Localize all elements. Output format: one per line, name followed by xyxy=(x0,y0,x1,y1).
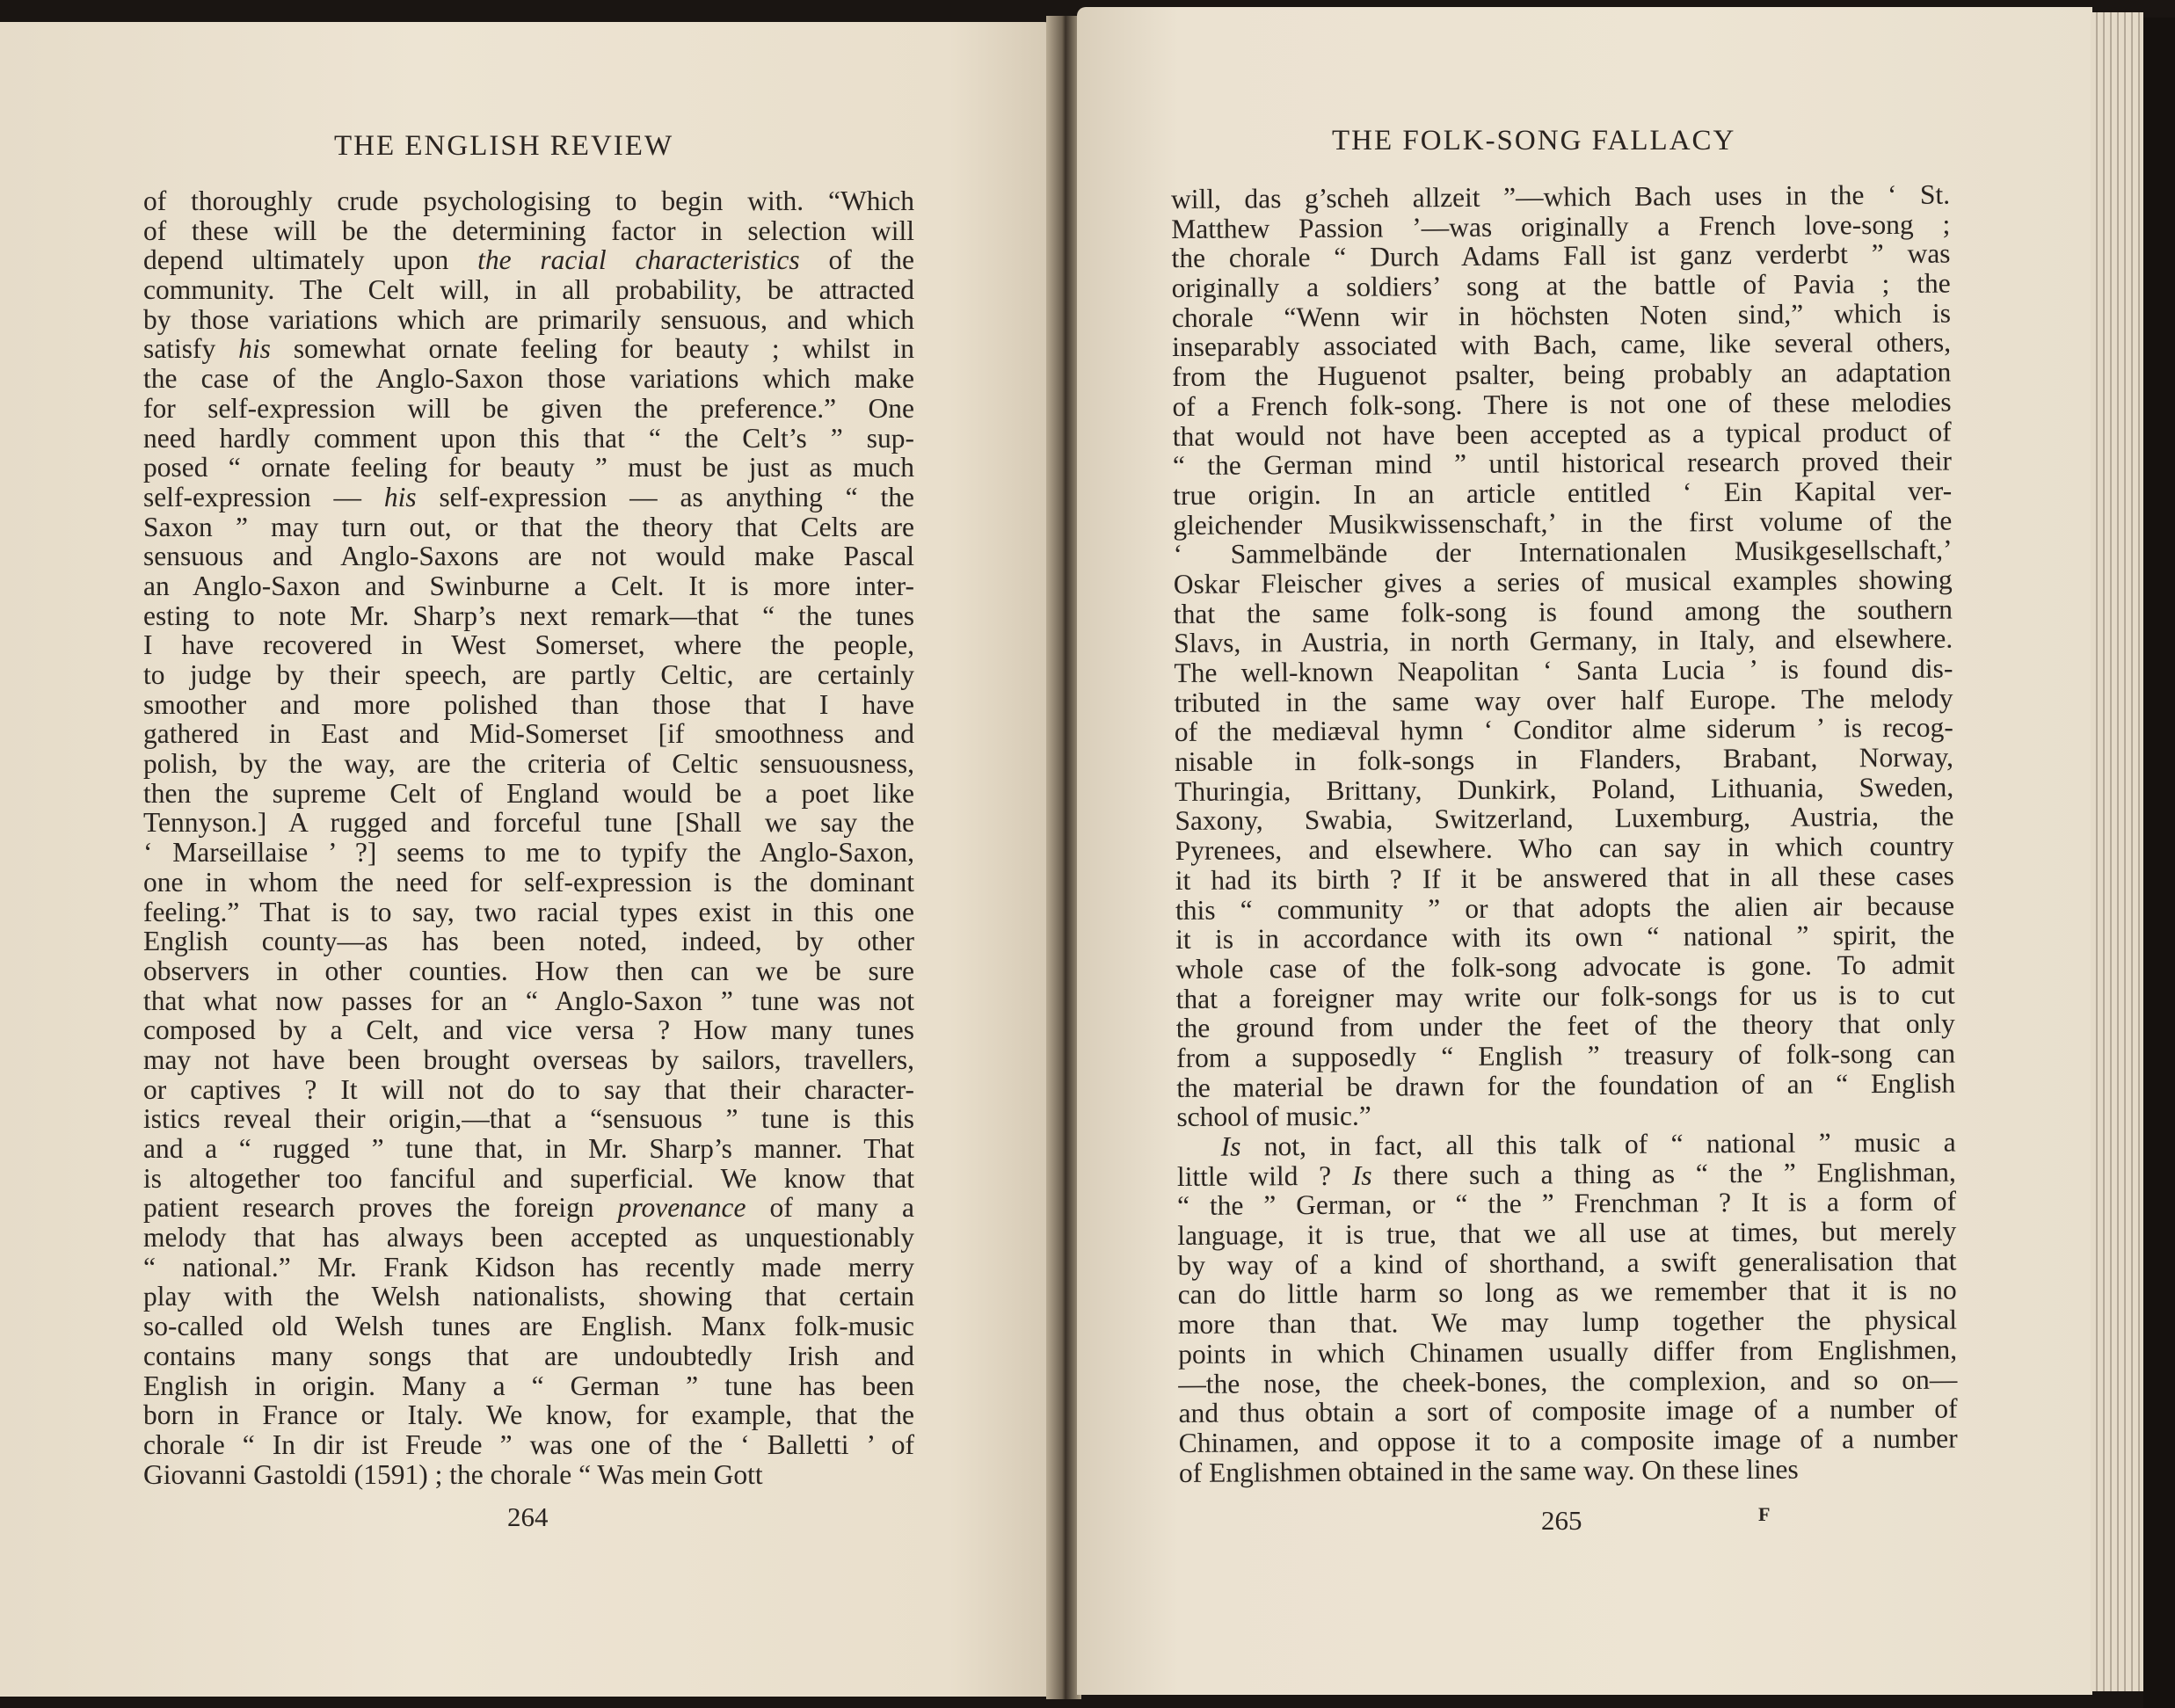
text-line: play with the Welsh nationalists, showin… xyxy=(143,1282,914,1312)
text-line: of thoroughly crude psychologising to be… xyxy=(143,186,914,216)
text-line: esting to note Mr. Sharp’s next remark—t… xyxy=(143,601,914,631)
text-line: patient research proves the foreign prov… xyxy=(143,1193,914,1223)
text-line: istics reveal their origin,—that a “sens… xyxy=(143,1104,914,1134)
text-line: smoother and more polished than those th… xyxy=(143,690,914,720)
text-line: born in France or Italy. We know, for ex… xyxy=(143,1400,914,1430)
text-line: “ national.” Mr. Frank Kidson has recent… xyxy=(143,1253,914,1283)
open-book-spread: THE ENGLISH REVIEW of thoroughly crude p… xyxy=(0,0,2175,1708)
text-line: of Englishmen obtained in the same way. … xyxy=(1179,1453,1958,1487)
text-line: chorale “ In dir ist Freude ” was one of… xyxy=(143,1430,914,1460)
text-line: self-expression — his self-expression — … xyxy=(143,483,914,512)
text-line: satisfy his somewhat ornate feeling for … xyxy=(143,334,914,364)
text-line: English in origin. Many a “ German ” tun… xyxy=(143,1371,914,1401)
text-line: I have recovered in West Somerset, where… xyxy=(143,630,914,660)
text-line: depend ultimately upon the racial charac… xyxy=(143,245,914,275)
page-edges xyxy=(2091,12,2143,1691)
text-line: need hardly comment upon this that “ the… xyxy=(143,424,914,454)
text-line: of these will be the determining factor … xyxy=(143,216,914,246)
text-line: to judge by their speech, are partly Cel… xyxy=(143,660,914,690)
text-line: contains many songs that are undoubtedly… xyxy=(143,1341,914,1371)
text-line: gathered in East and Mid-Somerset [if sm… xyxy=(143,719,914,749)
text-line: Giovanni Gastoldi (1591) ; the chorale “… xyxy=(143,1460,914,1490)
text-line: is altogether too fanciful and superfici… xyxy=(143,1164,914,1194)
right-running-head: THE FOLK-SONG FALLACY xyxy=(1332,125,1735,157)
text-line: ‘ Marseillaise ’ ?] seems to me to typif… xyxy=(143,838,914,868)
text-line: or captives ? It will not do to say that… xyxy=(143,1075,914,1105)
text-line: the material be drawn for the foundation… xyxy=(1176,1068,1955,1102)
text-line: one in whom the need for self-expression… xyxy=(143,868,914,898)
text-line: sensuous and Anglo-Saxons are not would … xyxy=(143,541,914,571)
left-running-head: THE ENGLISH REVIEW xyxy=(334,130,673,163)
text-line: then the supreme Celt of England would b… xyxy=(143,779,914,809)
text-line: Tennyson.] A rugged and forceful tune [S… xyxy=(143,808,914,838)
text-line: English county—as has been noted, indeed… xyxy=(143,927,914,956)
text-line: composed by a Celt, and vice versa ? How… xyxy=(143,1015,914,1045)
text-line: Saxon ” may turn out, or that the theory… xyxy=(143,512,914,542)
book-gutter xyxy=(1046,16,1081,1699)
text-line: that what now passes for an “ Anglo-Saxo… xyxy=(143,986,914,1016)
text-line: observers in other counties. How then ca… xyxy=(143,956,914,986)
left-page-body-text: of thoroughly crude psychologising to be… xyxy=(143,186,914,1489)
signature-mark: F xyxy=(1758,1503,1770,1526)
text-line: feeling.” That is to say, two racial typ… xyxy=(143,898,914,927)
text-line: community. The Celt will, in all probabi… xyxy=(143,275,914,305)
left-page-number: 264 xyxy=(507,1501,549,1533)
right-page-number: 265 xyxy=(1541,1505,1582,1537)
text-line: posed “ ornate feeling for beauty ” must… xyxy=(143,453,914,483)
text-line: so-called old Welsh tunes are English. M… xyxy=(143,1312,914,1341)
text-line: for self-expression will be given the pr… xyxy=(143,394,914,424)
text-line: the case of the Anglo-Saxon those variat… xyxy=(143,364,914,394)
text-line: by those variations which are primarily … xyxy=(143,305,914,335)
text-line: may not have been brought overseas by sa… xyxy=(143,1045,914,1075)
text-line: Chinamen, and oppose it to a composite i… xyxy=(1179,1423,1958,1457)
book-cover-edge xyxy=(2143,18,2175,1708)
text-line: melody that has always been accepted as … xyxy=(143,1223,914,1253)
right-page-body-text: will, das g’scheh allzeit ”—which Bach u… xyxy=(1171,180,1958,1488)
text-line: polish, by the way, are the criteria of … xyxy=(143,749,914,779)
text-line: an Anglo-Saxon and Swinburne a Celt. It … xyxy=(143,571,914,601)
text-line: and a “ rugged ” tune that, in Mr. Sharp… xyxy=(143,1134,914,1164)
